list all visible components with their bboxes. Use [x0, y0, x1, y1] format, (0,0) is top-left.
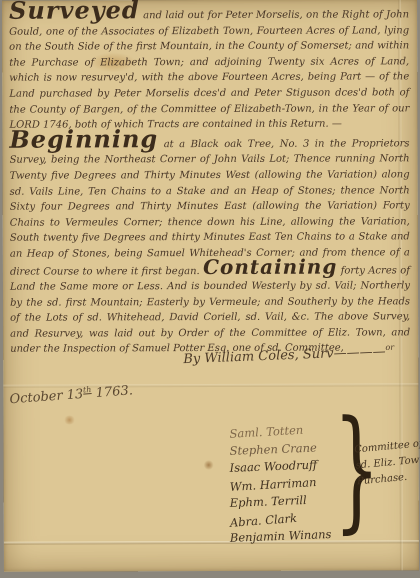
paper-stain	[63, 415, 75, 424]
manuscript-paper: Surveyed and laid out for Peter Morselis…	[2, 0, 419, 572]
surveyor-superscript: or	[385, 343, 394, 352]
paper-stain	[204, 460, 214, 470]
containing-word: Containing	[203, 254, 337, 278]
surveyor-name: By William Coles, Surv	[183, 346, 334, 367]
containing-text: forty Acres of Land the Same more or Les…	[10, 265, 410, 355]
signature-block: Saml. Totten Stephen Crane Isaac Woodruf…	[229, 423, 341, 546]
manuscript-photo: Surveyed and laid out for Peter Morselis…	[0, 0, 420, 578]
document-date: October 13th 1763.	[9, 382, 134, 407]
date-day: October 13	[9, 387, 84, 407]
metes-bounds-paragraph: Beginning at a Black oak Tree, No. 3 in …	[9, 133, 410, 358]
committee-label: Committee of sd. Eliz. Town Purchase.	[354, 436, 420, 490]
signature: Benjamin Winans	[230, 526, 343, 548]
date-year: 1763.	[91, 383, 133, 401]
opening-word: Surveyed	[9, 0, 140, 25]
opening-paragraph: Surveyed and laid out for Peter Morselis…	[9, 4, 409, 133]
surveyor-flourish: ————	[333, 344, 386, 361]
opening-paragraph-text: and laid out for Peter Morselis, on the …	[9, 9, 409, 131]
survey-body-text: Surveyed and laid out for Peter Morselis…	[9, 4, 410, 358]
beginning-word: Beginning	[9, 124, 158, 154]
